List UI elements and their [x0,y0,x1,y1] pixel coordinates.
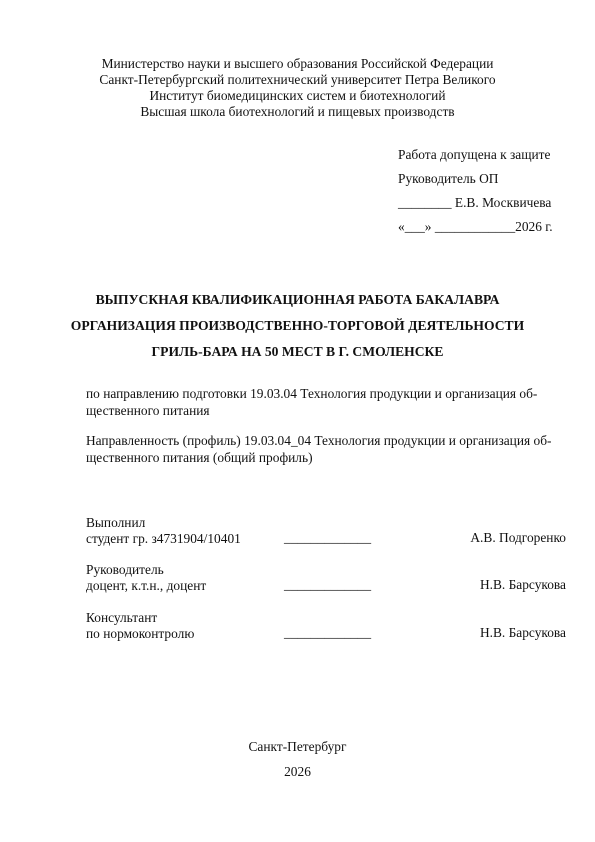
approval-admitted: Работа допущена к защите [398,147,550,163]
header-school: Высшая школа биотехнологий и пищевых про… [0,104,595,120]
signature-position: студент гр. з4731904/10401 [86,530,241,547]
header-ministry: Министерство науки и высшего образования… [0,56,595,72]
signature-blank: _____________ [284,530,371,546]
approval-head-signature: ________ Е.В. Москвичева [398,195,551,211]
direction-line-2: щественного питания [86,402,210,419]
footer-year: 2026 [0,764,595,780]
approval-head-title: Руководитель ОП [398,171,498,187]
title-line-3: ГРИЛЬ-БАРА НА 50 МЕСТ В Г. СМОЛЕНСКЕ [0,344,595,360]
signature-position: доцент, к.т.н., доцент [86,577,206,594]
signature-role: Выполнил [86,514,145,531]
title-line-2: ОРГАНИЗАЦИЯ ПРОИЗВОДСТВЕННО-ТОРГОВОЙ ДЕЯ… [0,318,595,334]
profile-line-1: Направленность (профиль) 19.03.04_04 Тех… [86,432,551,449]
signature-role: Консультант [86,609,157,626]
header-institute: Институт биомедицинских систем и биотехн… [0,88,595,104]
title-line-1: ВЫПУСКНАЯ КВАЛИФИКАЦИОННАЯ РАБОТА БАКАЛА… [0,292,595,308]
signature-blank: _____________ [284,577,371,593]
signature-name: Н.В. Барсукова [480,577,566,593]
signature-name: А.В. Подгоренко [470,530,566,546]
direction-line-1: по направлению подготовки 19.03.04 Техно… [86,385,537,402]
signature-position: по нормоконтролю [86,625,194,642]
signature-name: Н.В. Барсукова [480,625,566,641]
approval-date: «___» ____________2026 г. [398,219,553,235]
header-university: Санкт-Петербургский политехнический унив… [0,72,595,88]
profile-line-2: щественного питания (общий профиль) [86,449,313,466]
signature-blank: _____________ [284,625,371,641]
signature-role: Руководитель [86,561,164,578]
footer-city: Санкт-Петербург [0,739,595,755]
